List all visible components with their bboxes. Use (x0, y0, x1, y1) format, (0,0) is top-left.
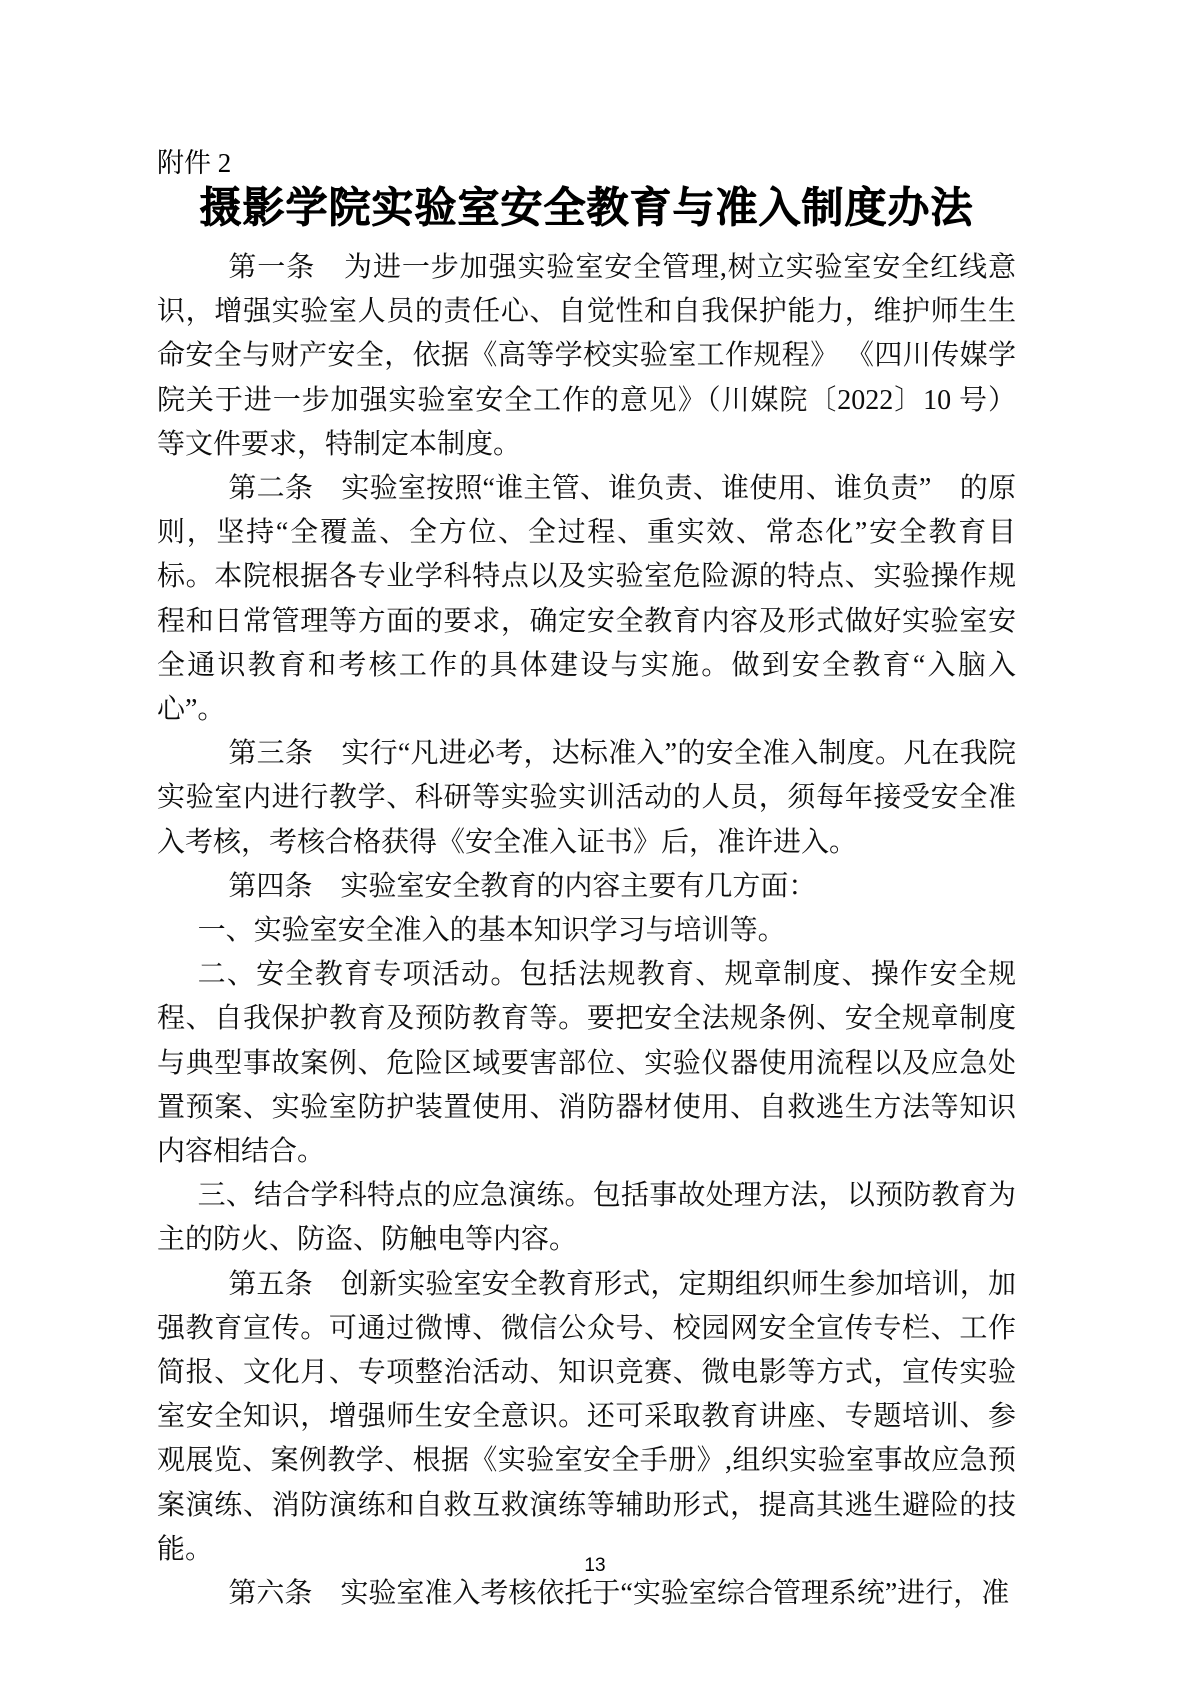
paragraph-item-1: 一、实验室安全准入的基本知识学习与培训等。 (157, 909, 1016, 953)
paragraph-article-4: 第四条 实验室安全教育的内容主要有几方面： (157, 865, 1016, 909)
document-page: 附件 2 摄影学院实验室安全教育与准入制度办法 第一条 为进一步加强实验室安全管… (0, 0, 1190, 1683)
document-content: 附件 2 摄影学院实验室安全教育与准入制度办法 第一条 为进一步加强实验室安全管… (157, 145, 1016, 1616)
paragraph-article-2: 第二条 实验室按照“谁主管、谁负责、谁使用、谁负责” 的原则，坚持“全覆盖、全方… (157, 467, 1016, 732)
paragraph-article-3: 第三条 实行“凡进必考，达标准入”的安全准入制度。凡在我院实验室内进行教学、科研… (157, 732, 1016, 865)
document-body: 第一条 为进一步加强实验室安全管理,树立实验室安全红线意识，增强实验室人员的责任… (157, 246, 1016, 1616)
page-number: 13 (0, 1554, 1190, 1578)
paragraph-item-3: 三、结合学科特点的应急演练。包括事故处理方法，以预防教育为主的防火、防盗、防触电… (157, 1174, 1016, 1262)
paragraph-item-2: 二、安全教育专项活动。包括法规教育、规章制度、操作安全规程、自我保护教育及预防教… (157, 953, 1016, 1174)
paragraph-article-5: 第五条 创新实验室安全教育形式，定期组织师生参加培训，加强教育宣传。可通过微博、… (157, 1263, 1016, 1572)
paragraph-article-1: 第一条 为进一步加强实验室安全管理,树立实验室安全红线意识，增强实验室人员的责任… (157, 246, 1016, 467)
paragraph-article-6: 第六条 实验室准入考核依托于“实验室综合管理系统”进行，准 (157, 1572, 1016, 1616)
attachment-label: 附件 2 (157, 145, 1016, 181)
page-title: 摄影学院实验室安全教育与准入制度办法 (157, 181, 1016, 237)
